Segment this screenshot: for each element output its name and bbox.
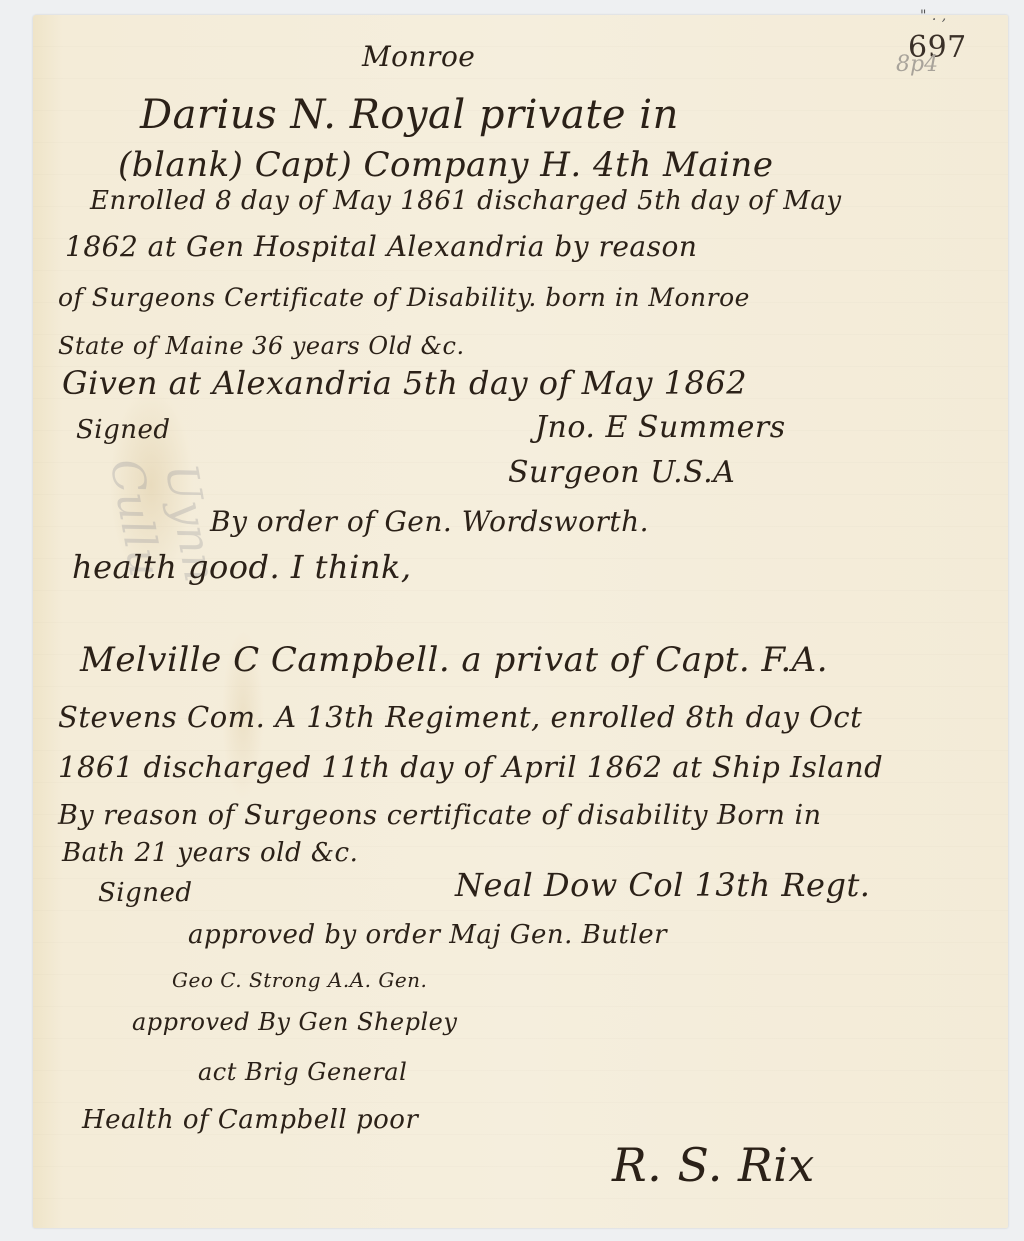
heading-county: Monroe xyxy=(362,40,475,73)
entry2-line4: By reason of Surgeons certificate of dis… xyxy=(58,800,822,831)
entry1-line1: Darius N. Royal private in xyxy=(140,92,679,138)
entry1-line4: 1862 at Gen Hospital Alexandria by reaso… xyxy=(65,230,697,263)
entry2-approval-1b: Geo C. Strong A.A. Gen. xyxy=(172,968,427,992)
entry1-line2: (blank) Capt) Company H. 4th Maine xyxy=(118,145,773,185)
entry2-health-note: Health of Campbell poor xyxy=(82,1105,418,1135)
entry2-line2: Stevens Com. A 13th Regiment, enrolled 8… xyxy=(58,700,862,734)
entry2-line1: Melville C Campbell. a privat of Capt. F… xyxy=(80,640,828,680)
entry2-approval-2b: act Brig General xyxy=(198,1058,407,1086)
entry1-signed-label: Signed xyxy=(76,415,171,445)
entry1-line3: Enrolled 8 day of May 1861 discharged 5t… xyxy=(90,186,842,216)
entry1-health-note: health good. I think, xyxy=(72,548,412,586)
entry2-approval-1: approved by order Maj Gen. Butler xyxy=(188,920,667,950)
entry1-line5: of Surgeons Certificate of Disability. b… xyxy=(58,283,750,312)
entry1-signer-title: Surgeon U.S.A xyxy=(508,455,735,490)
entry2-approval-2: approved By Gen Shepley xyxy=(132,1008,457,1036)
entry1-line6: State of Maine 36 years Old &c. xyxy=(58,332,465,360)
entry2-signer: Neal Dow Col 13th Regt. xyxy=(455,866,870,904)
top-marks: " . , xyxy=(920,8,947,24)
entry1-signer-name: Jno. E Summers xyxy=(535,410,786,445)
pencil-annotation: 8p4 xyxy=(896,52,938,77)
entry2-line5: Bath 21 years old &c. xyxy=(62,838,358,868)
entry2-signed-label: Signed xyxy=(98,878,193,908)
closing-signature: R. S. Rix xyxy=(612,1138,815,1192)
entry2-line3: 1861 discharged 11th day of April 1862 a… xyxy=(58,750,883,784)
entry1-order-line: By order of Gen. Wordsworth. xyxy=(210,505,649,538)
entry1-given-line: Given at Alexandria 5th day of May 1862 xyxy=(62,364,747,402)
